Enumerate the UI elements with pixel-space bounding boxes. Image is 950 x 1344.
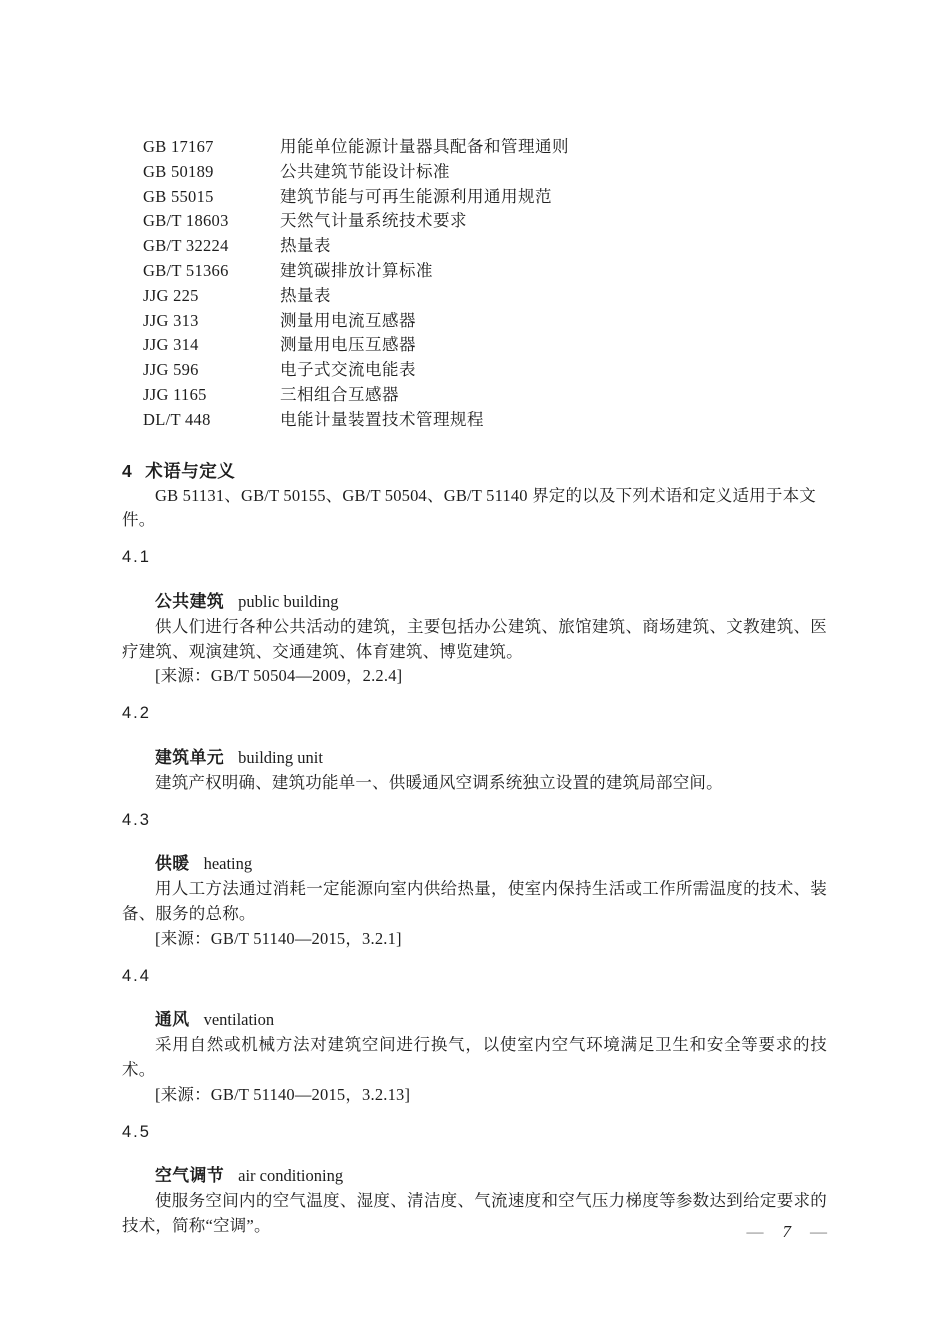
term-chinese: 建筑单元: [155, 748, 224, 767]
reference-title: 测量用电流互感器: [280, 311, 416, 330]
reference-code: JJG 314: [143, 333, 280, 358]
reference-code: GB/T 32224: [143, 234, 280, 259]
term-english: ventilation: [204, 1010, 275, 1029]
reference-row: JJG 314测量用电压互感器: [143, 333, 950, 358]
reference-row: GB/T 32224热量表: [143, 234, 950, 259]
term-chinese: 通风: [155, 1010, 190, 1029]
term-number: 4.4: [122, 964, 950, 989]
reference-title: 建筑节能与可再生能源利用通用规范: [280, 187, 552, 206]
reference-code: JJG 1165: [143, 383, 280, 408]
reference-row: JJG 313测量用电流互感器: [143, 309, 950, 334]
reference-code: JJG 596: [143, 358, 280, 383]
term-chinese: 供暖: [155, 854, 190, 873]
reference-code: GB 55015: [143, 185, 280, 210]
reference-code: GB 17167: [143, 135, 280, 160]
term-heading: 公共建筑public building: [155, 590, 950, 615]
term-definition: 建筑产权明确、建筑功能单一、供暖通风空调系统独立设置的建筑局部空间。: [122, 771, 827, 796]
term-heading: 供暖heating: [155, 852, 950, 877]
term-block: 4.3 供暖heating 用人工方法通过消耗一定能源向室内供给热量，使室内保持…: [0, 808, 950, 952]
term-block: 4.1 公共建筑public building 供人们进行各种公共活动的建筑，主…: [0, 545, 950, 689]
section-number: 4: [122, 461, 132, 481]
page-number: 7: [783, 1222, 792, 1241]
section-heading: 4术语与定义: [122, 459, 950, 484]
term-number: 4.1: [122, 545, 950, 570]
term-number: 4.3: [122, 808, 950, 833]
normative-references-list: GB 17167用能单位能源计量器具配备和管理通则 GB 50189公共建筑节能…: [143, 135, 950, 433]
section-title: 术语与定义: [145, 461, 235, 481]
term-block: 4.2 建筑单元building unit 建筑产权明确、建筑功能单一、供暖通风…: [0, 701, 950, 795]
reference-row: JJG 596电子式交流电能表: [143, 358, 950, 383]
term-number: 4.2: [122, 701, 950, 726]
reference-title: 公共建筑节能设计标准: [280, 162, 450, 181]
term-english: air conditioning: [238, 1166, 343, 1185]
reference-title: 用能单位能源计量器具配备和管理通则: [280, 137, 569, 156]
term-source: [来源：GB/T 51140—2015，3.2.1]: [122, 927, 827, 952]
section-intro-paragraph: GB 51131、GB/T 50155、GB/T 50504、GB/T 5114…: [122, 484, 827, 534]
reference-title: 热量表: [280, 236, 331, 255]
reference-row: DL/T 448电能计量装置技术管理规程: [143, 408, 950, 433]
term-english: public building: [238, 592, 338, 611]
reference-title: 测量用电压互感器: [280, 335, 416, 354]
footer-right-dash: —: [810, 1222, 827, 1241]
reference-row: GB 50189公共建筑节能设计标准: [143, 160, 950, 185]
reference-title: 天然气计量系统技术要求: [280, 211, 467, 230]
term-english: heating: [204, 854, 253, 873]
term-heading: 建筑单元building unit: [155, 746, 950, 771]
term-definition: 用人工方法通过消耗一定能源向室内供给热量，使室内保持生活或工作所需温度的技术、装…: [122, 877, 827, 927]
reference-row: GB 55015建筑节能与可再生能源利用通用规范: [143, 185, 950, 210]
reference-row: GB 17167用能单位能源计量器具配备和管理通则: [143, 135, 950, 160]
reference-code: JJG 313: [143, 309, 280, 334]
document-page: GB 17167用能单位能源计量器具配备和管理通则 GB 50189公共建筑节能…: [0, 0, 950, 1344]
reference-code: GB/T 51366: [143, 259, 280, 284]
term-chinese: 空气调节: [155, 1166, 224, 1185]
reference-code: GB 50189: [143, 160, 280, 185]
term-english: building unit: [238, 748, 323, 767]
term-definition: 供人们进行各种公共活动的建筑，主要包括办公建筑、旅馆建筑、商场建筑、文教建筑、医…: [122, 615, 827, 665]
term-definition: 采用自然或机械方法对建筑空间进行换气，以使室内空气环境满足卫生和安全等要求的技术…: [122, 1033, 827, 1083]
reference-row: GB/T 18603天然气计量系统技术要求: [143, 209, 950, 234]
term-chinese: 公共建筑: [155, 592, 224, 611]
reference-row: JJG 1165三相组合互感器: [143, 383, 950, 408]
reference-title: 建筑碳排放计算标准: [280, 261, 433, 280]
reference-row: GB/T 51366建筑碳排放计算标准: [143, 259, 950, 284]
term-source: [来源：GB/T 50504—2009，2.2.4]: [122, 664, 827, 689]
term-source: [来源：GB/T 51140—2015，3.2.13]: [122, 1083, 827, 1108]
reference-code: JJG 225: [143, 284, 280, 309]
reference-title: 三相组合互感器: [280, 385, 399, 404]
reference-title: 电子式交流电能表: [280, 360, 416, 379]
page-footer: —7—: [0, 1220, 827, 1244]
reference-row: JJG 225热量表: [143, 284, 950, 309]
term-block: 4.4 通风ventilation 采用自然或机械方法对建筑空间进行换气，以使室…: [0, 964, 950, 1108]
reference-code: GB/T 18603: [143, 209, 280, 234]
reference-title: 热量表: [280, 286, 331, 305]
footer-left-dash: —: [747, 1222, 764, 1241]
term-number: 4.5: [122, 1120, 950, 1145]
term-heading: 空气调节air conditioning: [155, 1164, 950, 1189]
term-heading: 通风ventilation: [155, 1008, 950, 1033]
reference-code: DL/T 448: [143, 408, 280, 433]
reference-title: 电能计量装置技术管理规程: [280, 410, 484, 429]
